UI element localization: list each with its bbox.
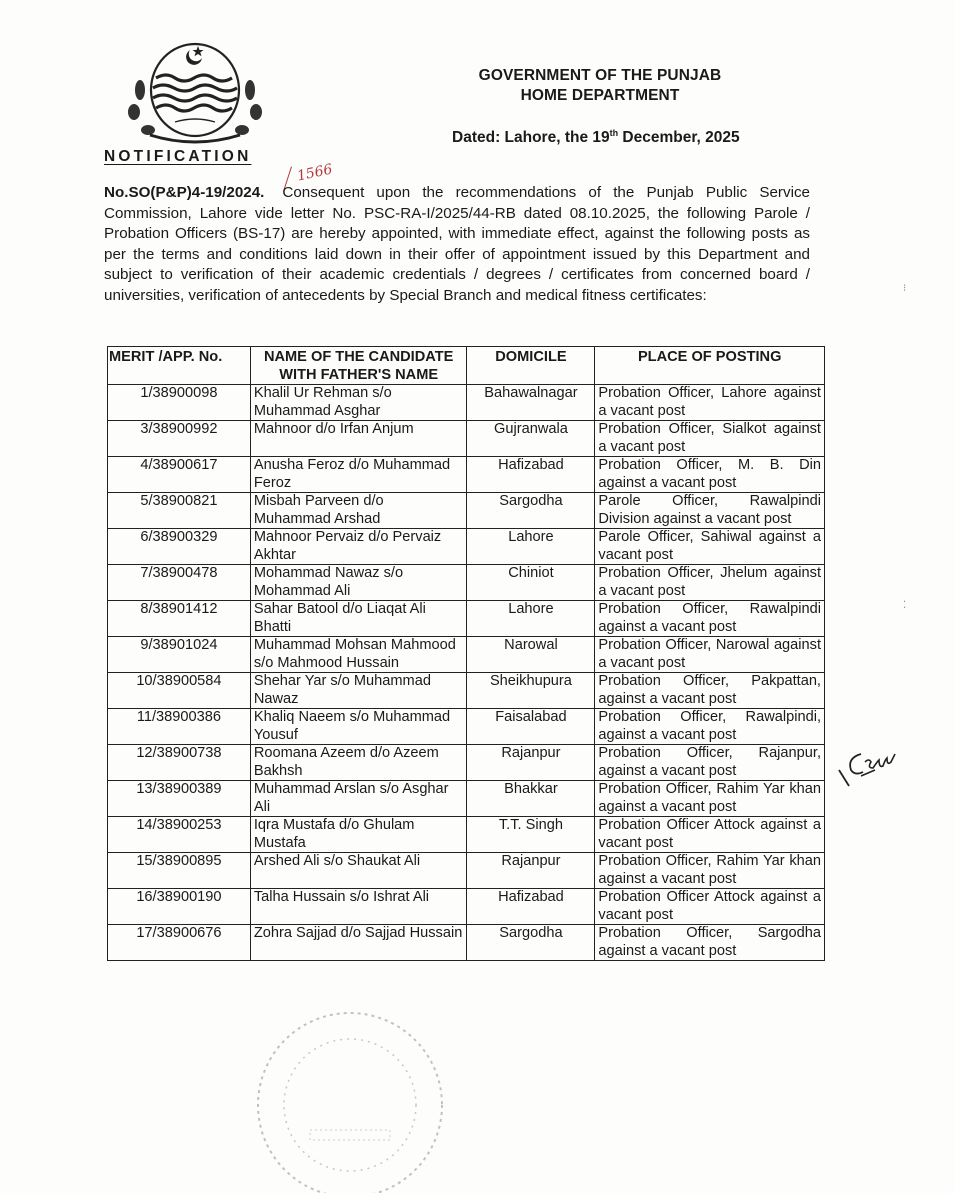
department-name: HOME DEPARTMENT: [440, 86, 760, 106]
candidate-name-cell: Muhammad Mohsan Mahmood s/o Mahmood Huss…: [250, 637, 467, 673]
table-row: 15/38900895Arshed Ali s/o Shaukat AliRaj…: [108, 853, 825, 889]
domicile-cell: T.T. Singh: [467, 817, 595, 853]
table-row: 17/38900676Zohra Sajjad d/o Sajjad Hussa…: [108, 925, 825, 961]
domicile-cell: Hafizabad: [467, 457, 595, 493]
candidate-name-cell: Roomana Azeem d/o Azeem Bakhsh: [250, 745, 467, 781]
domicile-cell: Rajanpur: [467, 853, 595, 889]
table-row: 14/38900253Iqra Mustafa d/o Ghulam Musta…: [108, 817, 825, 853]
notification-title: NOTIFICATION: [104, 148, 251, 166]
table-row: 6/38900329Mahnoor Pervaiz d/o Pervaiz Ak…: [108, 529, 825, 565]
posting-cell: Probation Officer, Rahim Yar khan agains…: [595, 781, 825, 817]
domicile-cell: Bahawalnagar: [467, 385, 595, 421]
posting-cell: Probation Officer, M. B. Din against a v…: [595, 457, 825, 493]
table-row: 7/38900478Mohammad Nawaz s/o Mohammad Al…: [108, 565, 825, 601]
domicile-cell: Chiniot: [467, 565, 595, 601]
merit-cell: 1/38900098: [108, 385, 251, 421]
candidate-name-cell: Zohra Sajjad d/o Sajjad Hussain: [250, 925, 467, 961]
merit-cell: 7/38900478: [108, 565, 251, 601]
merit-cell: 17/38900676: [108, 925, 251, 961]
domicile-cell: Narowal: [467, 637, 595, 673]
merit-cell: 11/38900386: [108, 709, 251, 745]
body-text: Consequent upon the recommendations of t…: [104, 184, 810, 304]
merit-cell: 15/38900895: [108, 853, 251, 889]
domicile-cell: Lahore: [467, 529, 595, 565]
posting-cell: Probation Officer, Rahim Yar khan agains…: [595, 853, 825, 889]
posting-cell: Probation Officer Attock against a vacan…: [595, 817, 825, 853]
posting-cell: Probation Officer, Sialkot against a vac…: [595, 421, 825, 457]
candidate-name-cell: Khalil Ur Rehman s/o Muhammad Asghar: [250, 385, 467, 421]
posting-cell: Probation Officer, Pakpattan, against a …: [595, 673, 825, 709]
candidate-name-cell: Misbah Parveen d/o Muhammad Arshad: [250, 493, 467, 529]
table-row: 16/38900190Talha Hussain s/o Ishrat AliH…: [108, 889, 825, 925]
posting-cell: Probation Officer, Sargodha against a va…: [595, 925, 825, 961]
posting-cell: Parole Officer, Rawalpindi Division agai…: [595, 493, 825, 529]
candidate-name-cell: Iqra Mustafa d/o Ghulam Mustafa: [250, 817, 467, 853]
candidate-name-cell: Shehar Yar s/o Muhammad Nawaz: [250, 673, 467, 709]
table-row: 5/38900821Misbah Parveen d/o Muhammad Ar…: [108, 493, 825, 529]
merit-cell: 12/38900738: [108, 745, 251, 781]
table-header-row: MERIT /APP. No. NAME OF THE CANDIDATE WI…: [108, 347, 825, 385]
merit-cell: 9/38901024: [108, 637, 251, 673]
merit-cell: 8/38901412: [108, 601, 251, 637]
domicile-cell: Sargodha: [467, 925, 595, 961]
posting-cell: Probation Officer, Rawalpindi against a …: [595, 601, 825, 637]
table-row: 10/38900584Shehar Yar s/o Muhammad Nawaz…: [108, 673, 825, 709]
department-seal-icon: [240, 995, 460, 1193]
merit-cell: 13/38900389: [108, 781, 251, 817]
domicile-cell: Sheikhupura: [467, 673, 595, 709]
table-row: 1/38900098Khalil Ur Rehman s/o Muhammad …: [108, 385, 825, 421]
domicile-cell: Faisalabad: [467, 709, 595, 745]
merit-cell: 4/38900617: [108, 457, 251, 493]
candidate-name-cell: Muhammad Arslan s/o Asghar Ali: [250, 781, 467, 817]
merit-cell: 16/38900190: [108, 889, 251, 925]
header-merit: MERIT /APP. No.: [108, 347, 251, 385]
merit-cell: 3/38900992: [108, 421, 251, 457]
table-row: 4/38900617Anusha Feroz d/o Muhammad Fero…: [108, 457, 825, 493]
margin-initials-icon: [835, 740, 905, 790]
letterhead: GOVERNMENT OF THE PUNJAB HOME DEPARTMENT: [440, 66, 760, 106]
table-row: 11/38900386Khaliq Naeem s/o Muhammad You…: [108, 709, 825, 745]
domicile-cell: Rajanpur: [467, 745, 595, 781]
posting-cell: Probation Officer, Rajanpur, against a v…: [595, 745, 825, 781]
candidate-name-cell: Arshed Ali s/o Shaukat Ali: [250, 853, 467, 889]
appointments-table: MERIT /APP. No. NAME OF THE CANDIDATE WI…: [107, 346, 825, 961]
candidate-name-cell: Talha Hussain s/o Ishrat Ali: [250, 889, 467, 925]
government-name: GOVERNMENT OF THE PUNJAB: [440, 66, 760, 86]
domicile-cell: Lahore: [467, 601, 595, 637]
posting-cell: Probation Officer, Rawalpindi, against a…: [595, 709, 825, 745]
header-posting: PLACE OF POSTING: [595, 347, 825, 385]
candidate-name-cell: Anusha Feroz d/o Muhammad Feroz: [250, 457, 467, 493]
domicile-cell: Bhakkar: [467, 781, 595, 817]
punjab-emblem-icon: [120, 40, 270, 145]
table-row: 13/38900389Muhammad Arslan s/o Asghar Al…: [108, 781, 825, 817]
candidate-name-cell: Mahnoor d/o Irfan Anjum: [250, 421, 467, 457]
notification-body: No.SO(P&P)4-19/2024.Consequent upon the …: [104, 183, 810, 307]
table-row: 8/38901412Sahar Batool d/o Liaqat Ali Bh…: [108, 601, 825, 637]
posting-cell: Probation Officer, Jhelum against a vaca…: [595, 565, 825, 601]
merit-cell: 6/38900329: [108, 529, 251, 565]
table-row: 3/38900992Mahnoor d/o Irfan AnjumGujranw…: [108, 421, 825, 457]
candidate-name-cell: Khaliq Naeem s/o Muhammad Yousuf: [250, 709, 467, 745]
handwritten-number: 1566: [296, 161, 334, 184]
posting-cell: Probation Officer, Narowal against a vac…: [595, 637, 825, 673]
merit-cell: 5/38900821: [108, 493, 251, 529]
domicile-cell: Sargodha: [467, 493, 595, 529]
table-row: 12/38900738Roomana Azeem d/o Azeem Bakhs…: [108, 745, 825, 781]
scan-mark: ⁝: [903, 283, 906, 294]
domicile-cell: Hafizabad: [467, 889, 595, 925]
merit-cell: 10/38900584: [108, 673, 251, 709]
posting-cell: Parole Officer, Sahiwal against a vacant…: [595, 529, 825, 565]
candidate-name-cell: Mohammad Nawaz s/o Mohammad Ali: [250, 565, 467, 601]
candidate-name-cell: Sahar Batool d/o Liaqat Ali Bhatti: [250, 601, 467, 637]
posting-cell: Probation Officer Attock against a vacan…: [595, 889, 825, 925]
domicile-cell: Gujranwala: [467, 421, 595, 457]
header-name: NAME OF THE CANDIDATE WITH FATHER'S NAME: [250, 347, 467, 385]
scan-mark: ⁚: [903, 600, 906, 611]
date-line: Dated: Lahore, the 19th December, 2025: [452, 128, 740, 147]
merit-cell: 14/38900253: [108, 817, 251, 853]
reference-number: No.SO(P&P)4-19/2024.: [104, 184, 264, 201]
candidate-name-cell: Mahnoor Pervaiz d/o Pervaiz Akhtar: [250, 529, 467, 565]
header-domicile: DOMICILE: [467, 347, 595, 385]
table-row: 9/38901024Muhammad Mohsan Mahmood s/o Ma…: [108, 637, 825, 673]
posting-cell: Probation Officer, Lahore against a vaca…: [595, 385, 825, 421]
